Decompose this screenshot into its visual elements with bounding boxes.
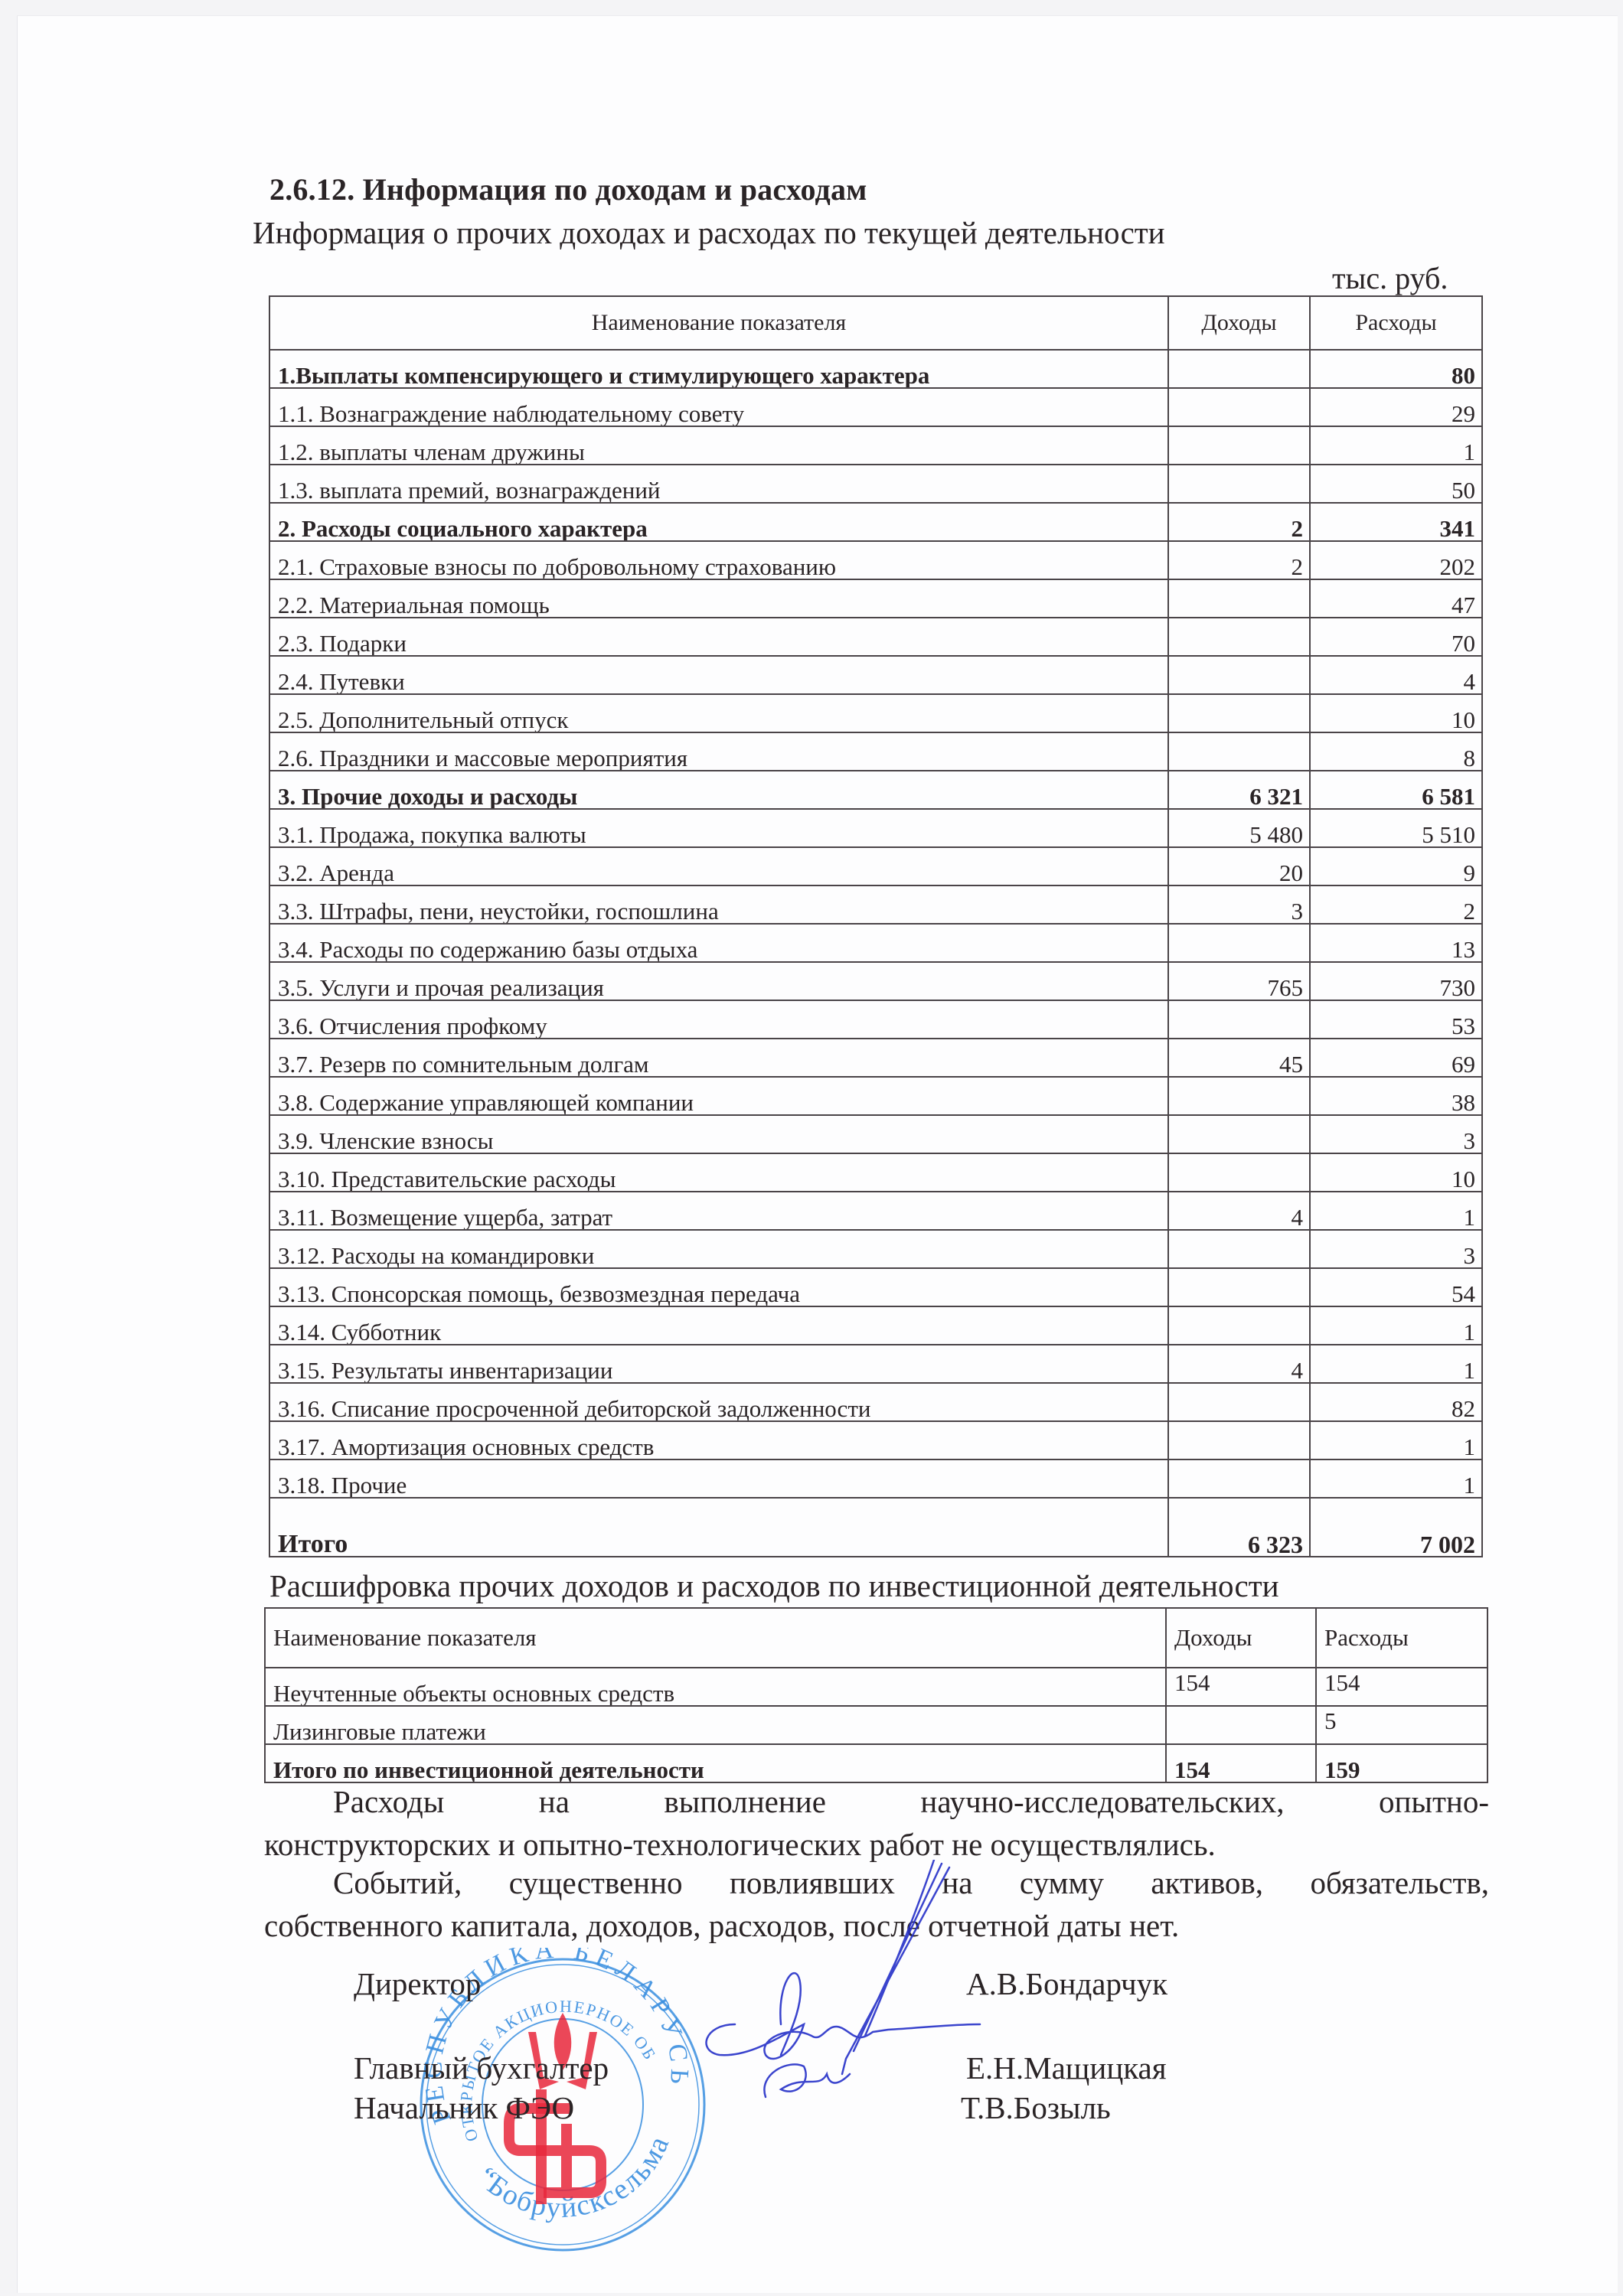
investment-subtitle: Расшифровка прочих доходов и расходов по… [269, 1567, 1279, 1604]
indicator-cell: 3.13. Спонсорская помощь, безвозмездная … [269, 1268, 1168, 1306]
income-cell [1168, 388, 1310, 426]
table-row: 2. Расходы социального характера2341 [269, 503, 1482, 541]
table-row: Неучтенные объекты основных средств15415… [265, 1668, 1487, 1706]
handwritten-signatures-icon [689, 1860, 995, 2112]
expense-cell: 54 [1310, 1268, 1482, 1306]
table-header-row: Наименование показателя Доходы Расходы [265, 1608, 1487, 1668]
income-cell [1168, 694, 1310, 732]
income-cell [1168, 1115, 1310, 1153]
feo-head-name: Т.В.Бозыль [961, 2089, 1111, 2126]
chief-accountant-name: Е.Н.Мащицкая [966, 2050, 1167, 2086]
income-cell: 5 480 [1168, 809, 1310, 847]
indicator-cell: 3.15. Результаты инвентаризации [269, 1345, 1168, 1383]
indicator-cell: 2.6. Праздники и массовые мероприятия [269, 732, 1168, 771]
income-cell: 765 [1168, 962, 1310, 1000]
indicator-cell: 3.18. Прочие [269, 1459, 1168, 1498]
indicator-cell: 3.14. Субботник [269, 1306, 1168, 1345]
indicator-cell: 3.9. Членские взносы [269, 1115, 1168, 1153]
table-row: 3.12. Расходы на командировки3 [269, 1230, 1482, 1268]
income-cell [1168, 426, 1310, 465]
indicator-cell: 3.10. Представительские расходы [269, 1153, 1168, 1192]
income-cell: 4 [1168, 1192, 1310, 1230]
expense-cell: 53 [1310, 1000, 1482, 1039]
income-cell [1168, 1459, 1310, 1498]
indicator-cell: 3.8. Содержание управляющей компании [269, 1077, 1168, 1115]
table-row: 3.16. Списание просроченной дебиторской … [269, 1383, 1482, 1421]
indicator-cell: Лизинговые платежи [265, 1706, 1166, 1744]
indicator-cell: 2. Расходы социального характера [269, 503, 1168, 541]
table-row: 3.7. Резерв по сомнительным долгам4569 [269, 1039, 1482, 1077]
rnd-note-line-1: Расходы на выполнение научно-исследовате… [264, 1780, 1489, 1823]
income-cell [1168, 1421, 1310, 1459]
feo-head-role: Начальник ФЭО [354, 2089, 574, 2126]
income-cell [1168, 656, 1310, 694]
indicator-cell: 1.3. выплата премий, вознаграждений [269, 465, 1168, 503]
expense-cell: 341 [1310, 503, 1482, 541]
expense-cell: 1 [1310, 1421, 1482, 1459]
income-cell [1168, 1306, 1310, 1345]
table-subtitle: Информация о прочих доходах и расходах п… [253, 214, 1165, 251]
header-income: Доходы [1168, 296, 1310, 350]
total-income: 6 323 [1168, 1498, 1310, 1557]
units-label: тыс. руб. [1332, 260, 1448, 296]
header-income: Доходы [1166, 1608, 1316, 1668]
total-expense: 159 [1316, 1744, 1487, 1782]
expense-cell: 1 [1310, 1306, 1482, 1345]
table-row: 3.6. Отчисления профкому53 [269, 1000, 1482, 1039]
total-row: Итого6 3237 002 [269, 1498, 1482, 1557]
expense-cell: 10 [1310, 694, 1482, 732]
indicator-cell: 1.2. выплаты членам дружины [269, 426, 1168, 465]
indicator-cell: 3. Прочие доходы и расходы [269, 771, 1168, 809]
income-cell [1168, 924, 1310, 962]
total-row: Итого по инвестиционной деятельности1541… [265, 1744, 1487, 1782]
indicator-cell: 3.7. Резерв по сомнительным долгам [269, 1039, 1168, 1077]
expense-cell: 70 [1310, 618, 1482, 656]
expense-cell: 2 [1310, 885, 1482, 924]
expense-cell: 5 [1316, 1706, 1487, 1744]
indicator-cell: 3.4. Расходы по содержанию базы отдыха [269, 924, 1168, 962]
income-cell: 2 [1168, 503, 1310, 541]
income-cell [1168, 732, 1310, 771]
indicator-cell: 2.1. Страховые взносы по добровольному с… [269, 541, 1168, 579]
indicator-cell: 1.1. Вознаграждение наблюдательному сове… [269, 388, 1168, 426]
indicator-cell: 2.2. Материальная помощь [269, 579, 1168, 618]
expense-cell: 202 [1310, 541, 1482, 579]
expense-cell: 1 [1310, 1192, 1482, 1230]
income-cell: 2 [1168, 541, 1310, 579]
header-expense: Расходы [1310, 296, 1482, 350]
table-row: 1.3. выплата премий, вознаграждений50 [269, 465, 1482, 503]
income-cell [1168, 350, 1310, 388]
total-expense: 7 002 [1310, 1498, 1482, 1557]
table-row: 3.4. Расходы по содержанию базы отдыха13 [269, 924, 1482, 962]
indicator-cell: 2.5. Дополнительный отпуск [269, 694, 1168, 732]
income-cell [1168, 1268, 1310, 1306]
table-row: 3.15. Результаты инвентаризации41 [269, 1345, 1482, 1383]
header-expense: Расходы [1316, 1608, 1487, 1668]
table-header-row: Наименование показателя Доходы Расходы [269, 296, 1482, 350]
table-row: 3. Прочие доходы и расходы6 3216 581 [269, 771, 1482, 809]
table-row: 2.5. Дополнительный отпуск10 [269, 694, 1482, 732]
current-activity-table: Наименование показателя Доходы Расходы 1… [269, 295, 1483, 1557]
expense-cell: 730 [1310, 962, 1482, 1000]
expense-cell: 47 [1310, 579, 1482, 618]
table-row: 3.13. Спонсорская помощь, безвозмездная … [269, 1268, 1482, 1306]
total-income: 154 [1166, 1744, 1316, 1782]
table-row: 3.9. Членские взносы3 [269, 1115, 1482, 1153]
expense-cell: 3 [1310, 1115, 1482, 1153]
income-cell: 6 321 [1168, 771, 1310, 809]
indicator-cell: 3.6. Отчисления профкому [269, 1000, 1168, 1039]
table-row: Лизинговые платежи5 [265, 1706, 1487, 1744]
table-row: 2.1. Страховые взносы по добровольному с… [269, 541, 1482, 579]
expense-cell: 154 [1316, 1668, 1487, 1706]
table-row: 1.2. выплаты членам дружины1 [269, 426, 1482, 465]
expense-cell: 80 [1310, 350, 1482, 388]
income-cell [1168, 1383, 1310, 1421]
director-name: А.В.Бондарчук [966, 1965, 1167, 2002]
expense-cell: 9 [1310, 847, 1482, 885]
section-title: 2.6.12. Информация по доходам и расходам [269, 171, 867, 207]
header-indicator: Наименование показателя [269, 296, 1168, 350]
income-cell: 20 [1168, 847, 1310, 885]
table-row: 3.11. Возмещение ущерба, затрат41 [269, 1192, 1482, 1230]
table-row: 3.5. Услуги и прочая реализация765730 [269, 962, 1482, 1000]
table-row: 2.4. Путевки4 [269, 656, 1482, 694]
table-row: 3.2. Аренда209 [269, 847, 1482, 885]
table-row: 3.8. Содержание управляющей компании38 [269, 1077, 1482, 1115]
table-row: 3.1. Продажа, покупка валюты5 4805 510 [269, 809, 1482, 847]
expense-cell: 10 [1310, 1153, 1482, 1192]
indicator-cell: 2.4. Путевки [269, 656, 1168, 694]
income-cell: 154 [1166, 1668, 1316, 1706]
income-cell [1168, 618, 1310, 656]
indicator-cell: 3.12. Расходы на командировки [269, 1230, 1168, 1268]
table-row: 2.2. Материальная помощь47 [269, 579, 1482, 618]
total-label: Итого по инвестиционной деятельности [265, 1744, 1166, 1782]
expense-cell: 38 [1310, 1077, 1482, 1115]
investment-activity-table: Наименование показателя Доходы Расходы Н… [264, 1607, 1488, 1783]
table-row: 3.14. Субботник1 [269, 1306, 1482, 1345]
expense-cell: 29 [1310, 388, 1482, 426]
table-row: 1.1. Вознаграждение наблюдательному сове… [269, 388, 1482, 426]
indicator-cell: 3.17. Амортизация основных средств [269, 1421, 1168, 1459]
table-row: 3.10. Представительские расходы10 [269, 1153, 1482, 1192]
income-cell [1168, 1153, 1310, 1192]
income-cell [1168, 1230, 1310, 1268]
income-cell [1168, 1077, 1310, 1115]
table-row: 3.17. Амортизация основных средств1 [269, 1421, 1482, 1459]
table-row: 3.3. Штрафы, пени, неустойки, госпошлина… [269, 885, 1482, 924]
income-cell: 3 [1168, 885, 1310, 924]
table-row: 2.6. Праздники и массовые мероприятия8 [269, 732, 1482, 771]
expense-cell: 5 510 [1310, 809, 1482, 847]
expense-cell: 4 [1310, 656, 1482, 694]
chief-accountant-role: Главный бухгалтер [354, 2050, 609, 2086]
table-row: 1.Выплаты компенсирующего и стимулирующе… [269, 350, 1482, 388]
income-cell [1166, 1706, 1316, 1744]
indicator-cell: Неучтенные объекты основных средств [265, 1668, 1166, 1706]
director-role: Директор [354, 1965, 481, 2002]
indicator-cell: 3.11. Возмещение ущерба, затрат [269, 1192, 1168, 1230]
indicator-cell: 1.Выплаты компенсирующего и стимулирующе… [269, 350, 1168, 388]
expense-cell: 13 [1310, 924, 1482, 962]
expense-cell: 1 [1310, 1459, 1482, 1498]
indicator-cell: 3.3. Штрафы, пени, неустойки, госпошлина [269, 885, 1168, 924]
indicator-cell: 2.3. Подарки [269, 618, 1168, 656]
income-cell [1168, 1000, 1310, 1039]
expense-cell: 1 [1310, 1345, 1482, 1383]
table-row: 3.18. Прочие1 [269, 1459, 1482, 1498]
expense-cell: 8 [1310, 732, 1482, 771]
income-cell [1168, 465, 1310, 503]
indicator-cell: 3.16. Списание просроченной дебиторской … [269, 1383, 1168, 1421]
income-cell [1168, 579, 1310, 618]
expense-cell: 69 [1310, 1039, 1482, 1077]
expense-cell: 3 [1310, 1230, 1482, 1268]
indicator-cell: 3.2. Аренда [269, 847, 1168, 885]
expense-cell: 82 [1310, 1383, 1482, 1421]
expense-cell: 6 581 [1310, 771, 1482, 809]
income-cell: 4 [1168, 1345, 1310, 1383]
total-label: Итого [269, 1498, 1168, 1557]
indicator-cell: 3.5. Услуги и прочая реализация [269, 962, 1168, 1000]
header-indicator: Наименование показателя [265, 1608, 1166, 1668]
expense-cell: 50 [1310, 465, 1482, 503]
indicator-cell: 3.1. Продажа, покупка валюты [269, 809, 1168, 847]
income-cell: 45 [1168, 1039, 1310, 1077]
table-row: 2.3. Подарки70 [269, 618, 1482, 656]
expense-cell: 1 [1310, 426, 1482, 465]
